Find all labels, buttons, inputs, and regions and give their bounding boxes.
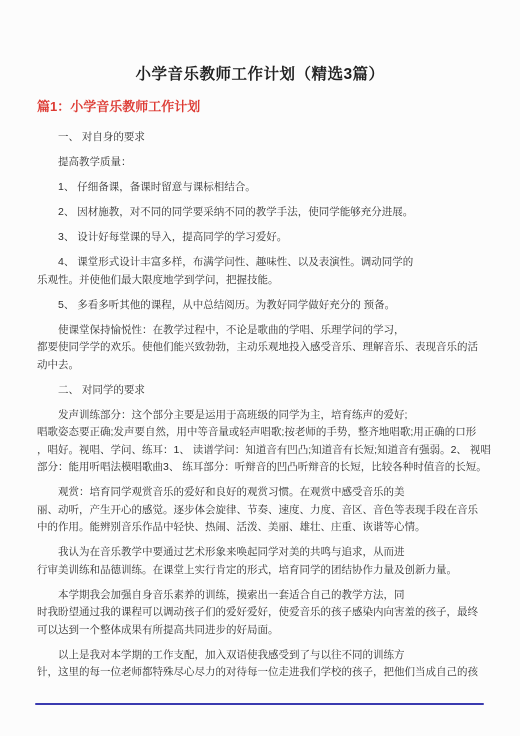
paragraph-line: 唱歌姿态要正确;发声要自然，用中等音量或轻声唱歌;按老师的手势，整齐地唱歌;用正… — [37, 424, 484, 442]
paragraph-line: 4、 课堂形式设计丰富多样，布满学问性、趣味性、以及表演性。调动同学的 — [37, 254, 484, 272]
paragraph-line: 本学期我会加强自身音乐素养的训练，摸索出一套适合自己的教学方法，同 — [37, 587, 484, 605]
paragraph: 3、 设计好每堂课的导入，提高同学的学习爱好。 — [37, 229, 484, 247]
paragraph-line: 2、 因材施教，对不同的同学要采纳不同的教学手法，使同学能够充分进展。 — [37, 204, 484, 222]
paragraph-line: 丽、动听，产生开心的感觉。逐步体会旋律、节奏、速度、力度、音区、音色等表现手段在… — [37, 502, 484, 520]
paragraph: 5、 多看多听其他的课程，从中总结阅历。为教好同学做好充分的 预备。 — [37, 297, 484, 315]
paragraph-line: 一、 对自身的要求 — [37, 129, 484, 147]
section-divider — [35, 703, 484, 705]
paragraph-line: 1、 仔细备课，备课时留意与课标相结合。 — [37, 179, 484, 197]
paragraph: 2、 因材施教，对不同的同学要采纳不同的教学手法，使同学能够充分进展。 — [37, 204, 484, 222]
paragraph: 我认为在音乐教学中要通过艺术形象来唤起同学对美的共鸣与追求，从而进行审美训练和品… — [37, 544, 484, 579]
paragraph-line: 时我盼望通过我的课程可以调动孩子们的爱好爱好，使爱音乐的孩子感染内向害羞的孩子，… — [37, 604, 484, 622]
paragraph-line: 部分：能用听唱法模唱歌曲3、 练耳部分：听辩音的凹凸听辩音的长短，比较各种时值音… — [37, 459, 484, 477]
document-page: 小学音乐教师工作计划（精选3篇） 篇1：小学音乐教师工作计划 一、 对自身的要求… — [0, 0, 520, 736]
section-heading: 篇1：小学音乐教师工作计划 — [37, 98, 483, 115]
paragraph-line: 行审美训练和品德训练。在课堂上实行肯定的形式，培育同学的团结协作力量及创新力量。 — [37, 562, 484, 580]
paragraph-line: 动中去。 — [37, 357, 484, 375]
paragraph: 1、 仔细备课，备课时留意与课标相结合。 — [37, 179, 484, 197]
paragraph-line: 中的作用。能辨别音乐作品中轻快、热闹、活泼、美丽、雄壮、庄重、诙谐等心情。 — [37, 519, 484, 537]
paragraph-line: 观赏：培育同学观赏音乐的爱好和良好的观赏习惯。在观赏中感受音乐的美 — [37, 484, 484, 502]
paragraph-line: 使课堂保持愉悦性：在教学过程中，不论是歌曲的学唱、乐理学问的学习， — [37, 322, 484, 340]
paragraph: 以上是我对本学期的工作支配，加入双语使我感受到了与以往不同的训练方针，这里的每一… — [37, 647, 484, 682]
document-title: 小学音乐教师工作计划（精选3篇） — [0, 0, 520, 86]
document-body: 一、 对自身的要求提高教学质量：1、 仔细备课，备课时留意与课标相结合。2、 因… — [37, 129, 484, 682]
paragraph: 一、 对自身的要求 — [37, 129, 484, 147]
paragraph-line: 发声训练部分：这个部分主要是运用于高班级的同学为主，培育练声的爱好; — [37, 407, 484, 425]
paragraph-line: 都要使同学学的欢乐。使他们能兴致勃勃，主动乐观地投入感受音乐、理解音乐、表现音乐… — [37, 339, 484, 357]
paragraph-line: 可以达到一个整体成果有所提高共同进步的好局面。 — [37, 622, 484, 640]
paragraph-line: 5、 多看多听其他的课程，从中总结阅历。为教好同学做好充分的 预备。 — [37, 297, 484, 315]
paragraph-line: 我认为在音乐教学中要通过艺术形象来唤起同学对美的共鸣与追求，从而进 — [37, 544, 484, 562]
paragraph: 二、 对同学的要求 — [37, 382, 484, 400]
paragraph: 观赏：培育同学观赏音乐的爱好和良好的观赏习惯。在观赏中感受音乐的美丽、动听，产生… — [37, 484, 484, 537]
paragraph: 本学期我会加强自身音乐素养的训练，摸索出一套适合自己的教学方法，同时我盼望通过我… — [37, 587, 484, 640]
paragraph: 发声训练部分：这个部分主要是运用于高班级的同学为主，培育练声的爱好;唱歌姿态要正… — [37, 407, 484, 477]
paragraph-line: 针，这里的每一位老师都特殊尽心尽力的对待每一位走进我们学校的孩子，把他们当成自己… — [37, 664, 484, 682]
paragraph-line: 乐观性。并使他们最大限度地学到学问，把握技能。 — [37, 272, 484, 290]
paragraph-line: 3、 设计好每堂课的导入，提高同学的学习爱好。 — [37, 229, 484, 247]
paragraph: 使课堂保持愉悦性：在教学过程中，不论是歌曲的学唱、乐理学问的学习，都要使同学学的… — [37, 322, 484, 375]
paragraph-line: 二、 对同学的要求 — [37, 382, 484, 400]
paragraph: 4、 课堂形式设计丰富多样，布满学问性、趣味性、以及表演性。调动同学的乐观性。并… — [37, 254, 484, 289]
paragraph: 提高教学质量： — [37, 154, 484, 172]
paragraph-line: ，唱好。视唱、学问、练耳：1、 读谱学问：知道音有凹凸;知道音有长短;知道音有强… — [37, 442, 484, 460]
paragraph-line: 以上是我对本学期的工作支配，加入双语使我感受到了与以往不同的训练方 — [37, 647, 484, 665]
paragraph-line: 提高教学质量： — [37, 154, 484, 172]
